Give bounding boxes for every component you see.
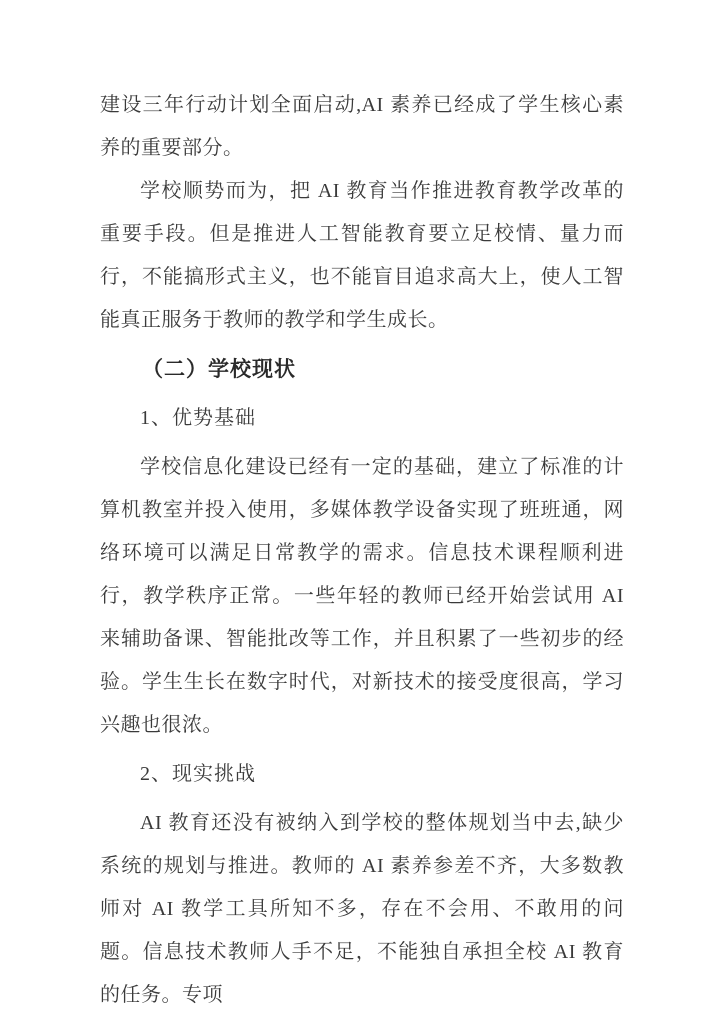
document-content: 建设三年行动计划全面启动,AI 素养已经成了学生核心素养的重要部分。 学校顺势而… <box>0 0 724 1017</box>
paragraph: 学校信息化建设已经有一定的基础，建立了标准的计算机教室并投入使用，多媒体教学设备… <box>100 446 624 747</box>
paragraph-continued-from-previous-page: 建设三年行动计划全面启动,AI 素养已经成了学生核心素养的重要部分。 <box>100 84 624 170</box>
section-heading: （二）学校现状 <box>100 348 624 391</box>
subsection-heading-2: 2、现实挑战 <box>100 753 624 796</box>
paragraph: 学校顺势而为，把 AI 教育当作推进教育教学改革的重要手段。但是推进人工智能教育… <box>100 170 624 342</box>
paragraph-truncated-at-page-end: AI 教育还没有被纳入到学校的整体规划当中去,缺少系统的规划与推进。教师的 AI… <box>100 802 624 1017</box>
subsection-heading-1: 1、优势基础 <box>100 397 624 440</box>
document-page: 建设三年行动计划全面启动,AI 素养已经成了学生核心素养的重要部分。 学校顺势而… <box>0 0 724 1024</box>
